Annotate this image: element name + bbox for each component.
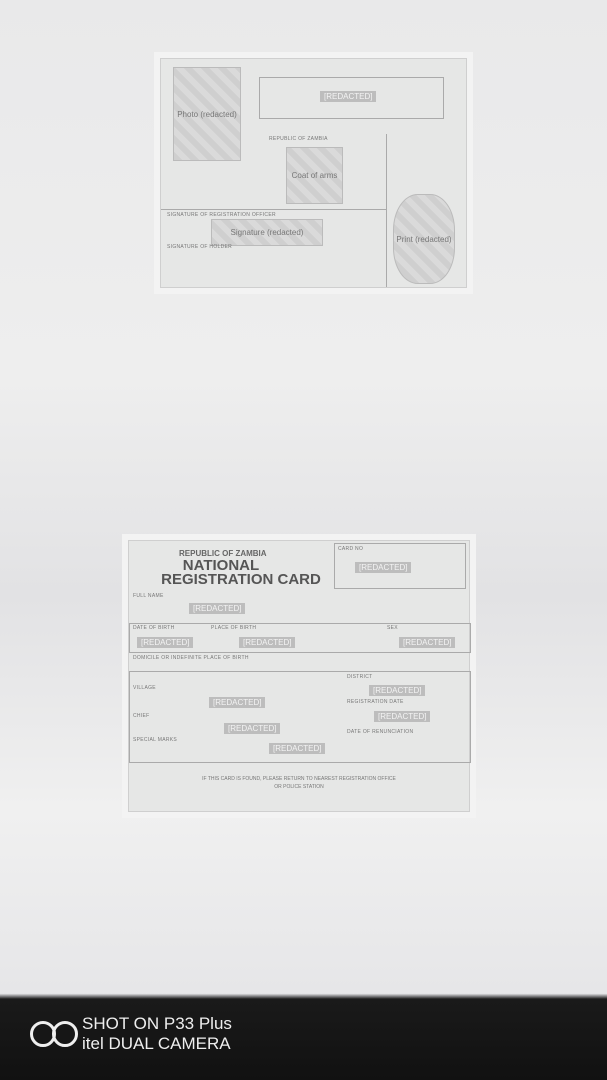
id-number: [REDACTED]: [320, 91, 376, 102]
divider: [161, 209, 386, 210]
fingerprint-placeholder: Print (redacted): [393, 194, 455, 284]
divider: [386, 134, 387, 287]
id-number-box: [REDACTED]: [259, 77, 444, 119]
id-card-front: REPUBLIC OF ZAMBIA NATIONAL REGISTRATION…: [128, 540, 470, 812]
district-value: [REDACTED]: [369, 685, 425, 696]
photo-placeholder: Photo (redacted): [173, 67, 241, 161]
village-value: [REDACTED]: [209, 697, 265, 708]
camera-logo-icon: [30, 1021, 74, 1047]
card-header-line2: REGISTRATION CARD: [141, 573, 341, 587]
registration-date-value: [REDACTED]: [374, 711, 430, 722]
watermark-line1: SHOT ON P33 Plus: [82, 1014, 232, 1034]
return-notice-line1: IF THIS CARD IS FOUND, PLEASE RETURN TO …: [159, 776, 439, 782]
return-notice-line2: OR POLICE STATION: [159, 784, 439, 790]
camera-watermark: SHOT ON P33 Plus itel DUAL CAMERA: [30, 1014, 232, 1054]
card-number-box: CARD NO [REDACTED]: [334, 543, 466, 589]
holder-signature-label: SIGNATURE OF HOLDER: [167, 244, 232, 250]
watermark-line2: itel DUAL CAMERA: [82, 1034, 232, 1054]
officer-signature-label: SIGNATURE OF REGISTRATION OFFICER: [167, 212, 276, 218]
signature-placeholder: Signature (redacted): [211, 219, 323, 246]
sex-value: [REDACTED]: [399, 637, 455, 648]
card-number: [REDACTED]: [355, 562, 411, 573]
dob-value: [REDACTED]: [137, 637, 193, 648]
place-of-birth-value: [REDACTED]: [239, 637, 295, 648]
full-name-value: [REDACTED]: [189, 603, 245, 614]
chief-value: [REDACTED]: [224, 723, 280, 734]
special-marks-value: [REDACTED]: [269, 743, 325, 754]
country-label: REPUBLIC OF ZAMBIA: [269, 136, 328, 142]
coat-of-arms-icon: Coat of arms: [286, 147, 343, 204]
id-card-back: Photo (redacted) [REDACTED] REPUBLIC OF …: [160, 58, 467, 288]
